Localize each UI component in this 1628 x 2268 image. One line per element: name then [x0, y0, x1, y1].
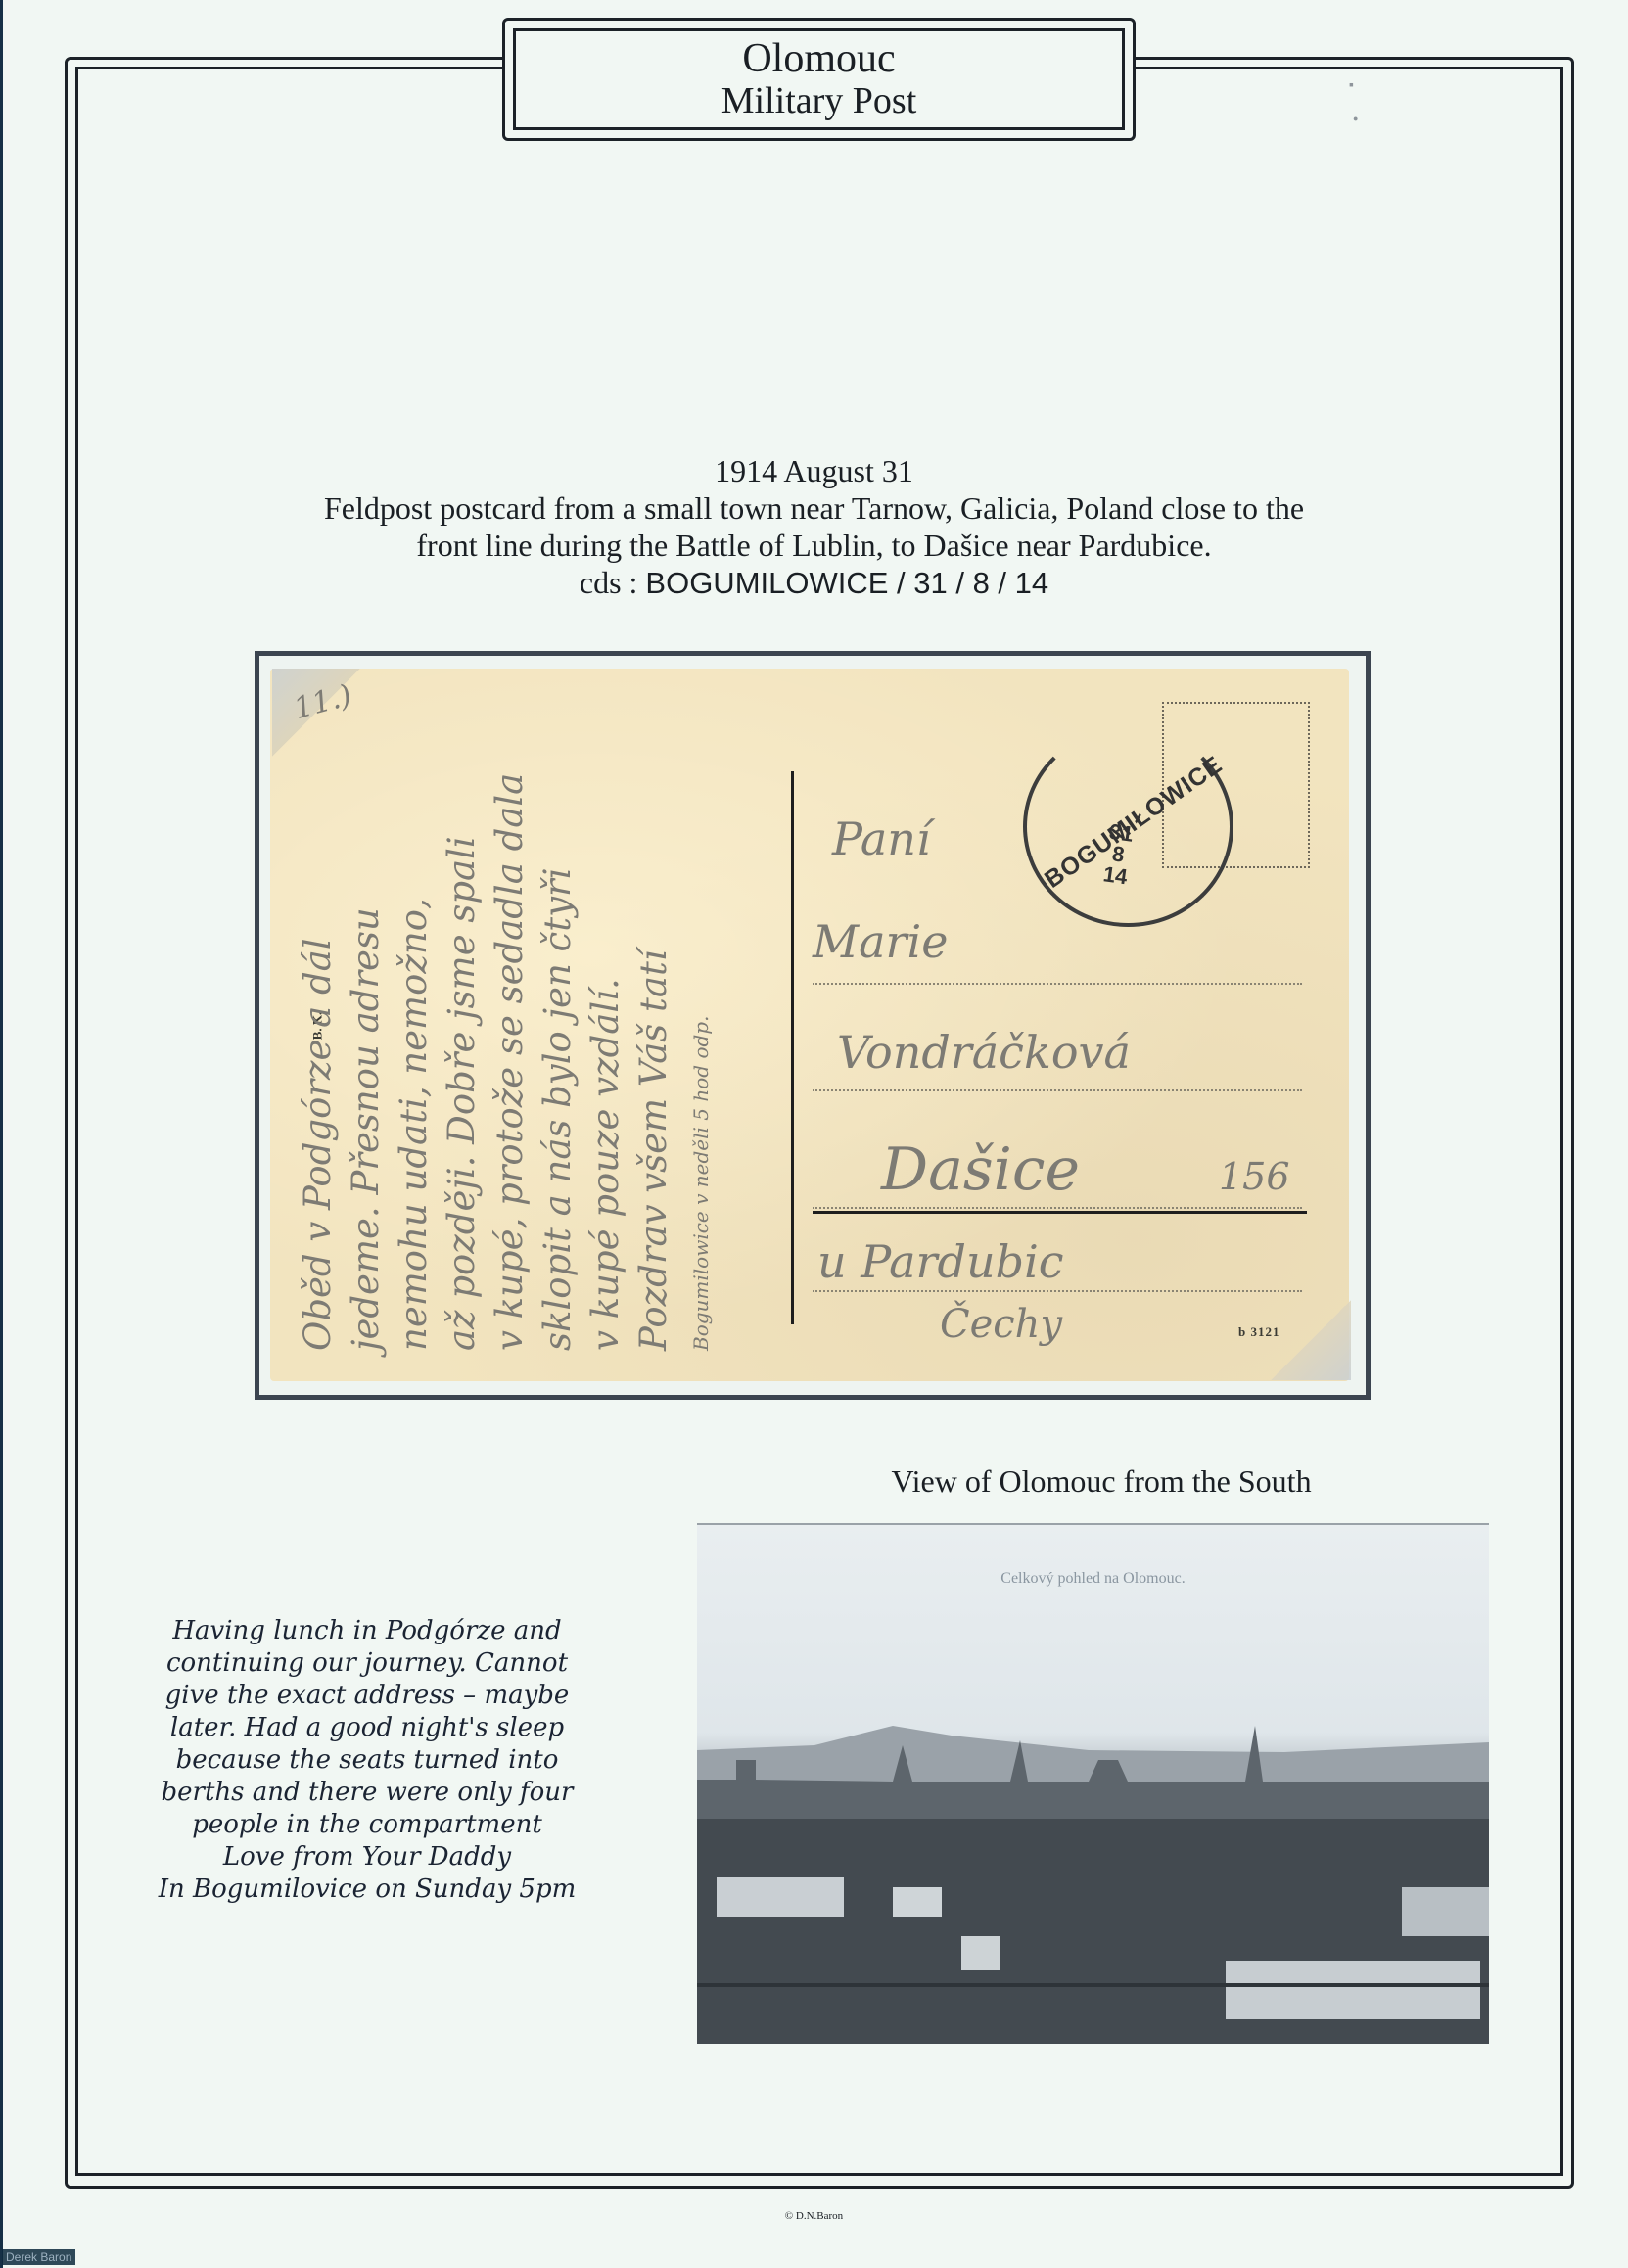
message-line: sklopit a nás bylo jen čtyři — [534, 724, 581, 1351]
address-first-name: Marie — [813, 915, 948, 968]
transcription-line: Love from Your Daddy — [93, 1841, 641, 1874]
cds-label: cds : — [580, 565, 646, 600]
message-line: až později. Dobře jsme spali — [438, 724, 486, 1351]
cds-line: cds : BOGUMILOWICE / 31 / 8 / 14 — [147, 564, 1481, 602]
postcard-divider — [791, 771, 794, 1324]
address-rule — [813, 983, 1302, 985]
message-line: v kupé pouze vzdálí. — [581, 724, 629, 1351]
photo-corner-bottom-right — [1271, 1300, 1351, 1380]
title-plaque: Olomouc Military Post — [502, 18, 1136, 141]
message-line: nemohu udati, nemožno, — [390, 724, 438, 1351]
scan-edge — [0, 0, 3, 2268]
title-plaque-inner: Olomouc Military Post — [513, 28, 1125, 130]
view-caption: View of Olomouc from the South — [685, 1463, 1517, 1500]
transcription-line: In Bogumilovice on Sunday 5pm — [93, 1874, 641, 1906]
transcription-line: continuing our journey. Cannot — [93, 1647, 641, 1680]
address-rule — [813, 1290, 1302, 1292]
cds-value: BOGUMILOWICE / 31 / 8 / 14 — [645, 566, 1048, 600]
transcription-line: because the seats turned into — [93, 1744, 641, 1777]
postcard-message: Oběd v Podgórze a dál jedeme. Přesnou ad… — [294, 724, 724, 1351]
address-rule — [813, 1089, 1302, 1091]
address-surname: Vondráčková — [837, 1026, 1131, 1079]
item-date: 1914 August 31 — [147, 452, 1481, 489]
speck-mark: ● — [1353, 114, 1358, 123]
item-description-line-1: Feldpost postcard from a small town near… — [147, 489, 1481, 527]
item-description: 1914 August 31 Feldpost postcard from a … — [147, 452, 1481, 602]
transcription-line: people in the compartment — [93, 1809, 641, 1841]
transcription-line: later. Had a good night's sleep — [93, 1712, 641, 1744]
message-line: Pozdrav všem Váš tatí — [629, 724, 677, 1351]
message-footer: Bogumilowice v neděli 5 hod odp. — [677, 724, 725, 1351]
address-underline — [813, 1211, 1307, 1214]
transcription-line: Having lunch in Podgórze and — [93, 1615, 641, 1647]
olomouc-view-photo: Celkový pohled na Olomouc. — [697, 1523, 1489, 2044]
city-skyline-illustration — [697, 1525, 1489, 2044]
watermark: Derek Baron — [2, 2249, 75, 2265]
address-town: Dašice — [881, 1135, 1080, 1204]
transcription: Having lunch in Podgórze and continuing … — [93, 1615, 641, 1906]
item-description-line-2: front line during the Battle of Lublin, … — [147, 527, 1481, 564]
message-line: Oběd v Podgórze a dál — [294, 724, 342, 1351]
page-subtitle: Military Post — [721, 80, 917, 121]
message-line: jedeme. Přesnou adresu — [342, 724, 390, 1351]
address-district: u Pardubic — [817, 1235, 1064, 1288]
page-title: Olomouc — [742, 37, 895, 80]
address-country: Čechy — [940, 1302, 1062, 1347]
address-salutation: Paní — [832, 812, 931, 865]
copyright: © D.N.Baron — [0, 2210, 1628, 2222]
speck-mark: ▪ — [1349, 78, 1354, 94]
message-line: v kupé, protože se sedadla dala — [486, 724, 534, 1351]
address-rule — [813, 1207, 1302, 1209]
print-code: b 3121 — [1238, 1324, 1279, 1340]
transcription-line: give the exact address – maybe — [93, 1680, 641, 1712]
postmark-year: 14 — [1102, 863, 1129, 888]
transcription-line: berths and there were only four — [93, 1777, 641, 1809]
address-house-number: 156 — [1219, 1155, 1290, 1198]
